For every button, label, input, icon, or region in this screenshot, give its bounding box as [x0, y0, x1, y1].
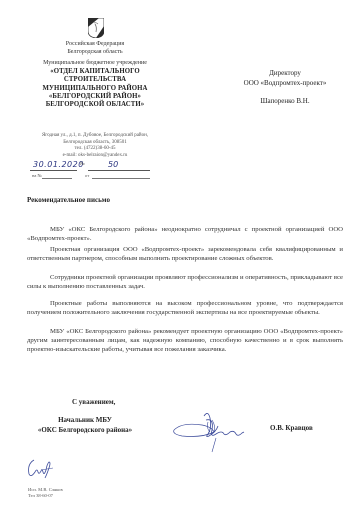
number-underline	[88, 170, 150, 171]
paragraph: МБУ «ОКС Белгородского района» неоднокра…	[27, 225, 343, 243]
paragraph: Сотрудники проектной организации проявля…	[27, 273, 343, 291]
executor-signature-icon	[25, 456, 55, 480]
org-name-line: «ОТДЕЛ КАПИТАЛЬНОГО	[10, 68, 180, 75]
ref-underline	[42, 178, 72, 179]
number-label: №	[80, 162, 85, 167]
addressee-company: ООО «Водпромтех-проект»	[225, 79, 345, 87]
ref-from-label: от	[85, 173, 89, 178]
org-name-line: БЕЛГОРОДСКОЙ ОБЛАСТИ»	[10, 101, 180, 108]
executor-phone: Тел 38-60-07	[28, 493, 63, 499]
reference-line: на № от	[30, 172, 160, 180]
signature-icon	[172, 408, 252, 453]
date-underline	[30, 170, 77, 171]
org-name-line: «БЕЛГОРОДСКИЙ РАЙОН»	[10, 93, 180, 100]
letter-date: 30.01.2020	[33, 160, 84, 169]
addressee-name: Шапоренко В.Н.	[225, 97, 345, 105]
paragraph: Проектные работы выполняются на высоком …	[27, 299, 343, 317]
signer-title: Начальник МБУ «ОКС Белгородского района»	[20, 415, 150, 435]
org-name-line: МУНИЦИПАЛЬНОГО РАЙОНА	[10, 85, 180, 92]
signer-name: О.В. Кравцов	[270, 424, 313, 432]
letter-title: Рекомендательное письмо	[27, 196, 110, 204]
letter-number: 50	[108, 160, 118, 169]
paragraph: МБУ «ОКС Белгородского района» рекоменду…	[27, 327, 343, 354]
email: e-mail: oks-belraion@yandex.ru	[10, 153, 180, 158]
org-type: Муниципальное бюджетное учреждение	[10, 60, 180, 66]
coat-of-arms-icon	[88, 18, 104, 38]
ref-label: на №	[32, 173, 42, 178]
org-name-line: СТРОИТЕЛЬСТВА	[10, 76, 180, 83]
phone: тел. (4722)38-60-45	[10, 146, 180, 151]
paragraph: Проектная организация ООО «Водпромтех-пр…	[27, 245, 343, 263]
regards: С уважением,	[72, 398, 115, 406]
executor-info: Исп. М.В. Сляков Тел 38-60-07	[28, 487, 63, 499]
signer-title-line: «ОКС Белгородского района»	[20, 425, 150, 435]
date-number-line: 30.01.2020 № 50	[30, 161, 160, 171]
signer-title-line: Начальник МБУ	[20, 415, 150, 425]
country: Российская Федерация	[10, 41, 180, 47]
address-line: Ягодная ул., д.1, п. Дубовое, Белгородск…	[10, 133, 180, 138]
region: Белгородская область	[10, 49, 180, 55]
addressee-position: Директору	[225, 69, 345, 77]
ref-from-underline	[92, 178, 150, 179]
address-line: Белгородская область, 308501	[10, 140, 180, 145]
